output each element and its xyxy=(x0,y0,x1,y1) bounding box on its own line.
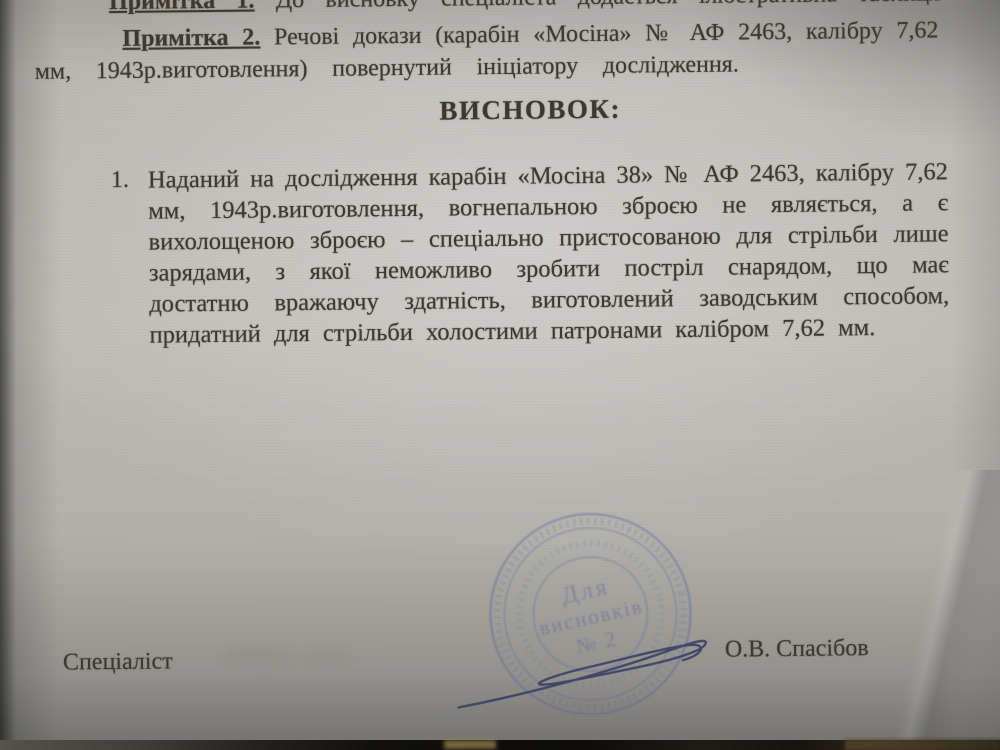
paper-fold-shadow xyxy=(890,470,1000,750)
table-edge-spot xyxy=(845,739,1000,750)
expert-name: О.В. Спасібов xyxy=(725,635,869,664)
document-heading: ВИСНОВОК: xyxy=(0,90,997,131)
note-1-label: Примітка 1. xyxy=(109,0,255,15)
handwritten-signature xyxy=(433,613,734,726)
note-2-text-1: Речові докази (карабін «Мосіна» № АФ 246… xyxy=(274,17,939,50)
note-1-line: Примітка 1. До висновку спеціаліста дода… xyxy=(109,0,940,15)
ink-bleed-smudge xyxy=(223,646,293,665)
note-2-line-1: Примітка 2. Речові докази (карабін «Мосі… xyxy=(122,16,938,53)
role-label: Спеціаліст xyxy=(63,648,173,676)
note-1-text: До висновку спеціаліста додається ілюстр… xyxy=(276,0,940,13)
note-2-label: Примітка 2. xyxy=(122,24,260,51)
document-content: Примітка 1. До висновку спеціаліста дода… xyxy=(0,0,1000,750)
table-edge-spot xyxy=(444,740,496,749)
conclusion-paragraph: Наданий на дослідження карабін «Мосіна 3… xyxy=(148,156,950,350)
note-2-line-2: мм, 1943р.виготовлення) повернутий ініці… xyxy=(35,50,739,85)
photographed-document-page: Примітка 1. До висновку спеціаліста дода… xyxy=(0,0,1000,750)
conclusion-item-number: 1. xyxy=(111,167,129,194)
ink-bleed-smudge xyxy=(303,650,351,665)
